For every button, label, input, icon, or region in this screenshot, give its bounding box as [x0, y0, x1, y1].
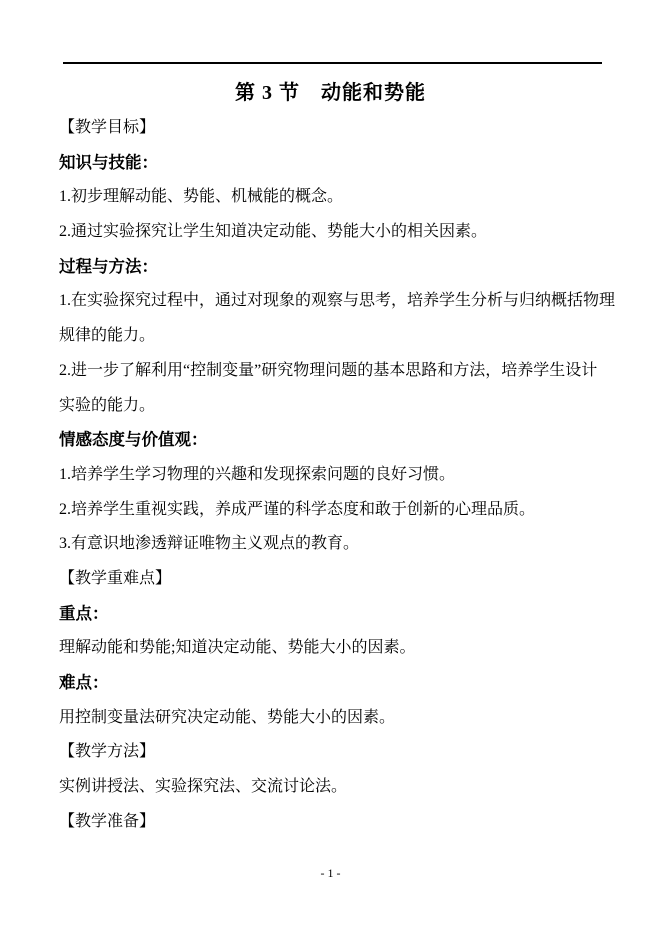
doc-line-body: 规律的能力。 [59, 319, 602, 354]
header-rule [63, 62, 602, 64]
doc-line-body: 实验的能力。 [59, 389, 602, 424]
doc-line-bracket: 【教学目标】 [59, 111, 602, 146]
doc-line-body: 2.培养学生重视实践，养成严谨的科学态度和敢于创新的心理品质。 [59, 493, 602, 528]
doc-line-heading: 知识与技能： [59, 146, 602, 181]
doc-line-heading: 重点： [59, 597, 602, 632]
doc-line-body: 2.通过实验探究让学生知道决定动能、势能大小的相关因素。 [59, 215, 602, 250]
doc-line-body: 3.有意识地渗透辩证唯物主义观点的教育。 [59, 527, 602, 562]
doc-line-body: 用控制变量法研究决定动能、势能大小的因素。 [59, 701, 602, 736]
doc-line-bracket: 【教学重难点】 [59, 562, 602, 597]
doc-line-bracket: 【教学准备】 [59, 805, 602, 840]
doc-line-body: 1.在实验探究过程中，通过对现象的观察与思考，培养学生分析与归纳概括物理 [59, 284, 602, 319]
doc-line-body: 1.培养学生学习物理的兴趣和发现探索问题的良好习惯。 [59, 458, 602, 493]
doc-line-body: 理解动能和势能;知道决定动能、势能大小的因素。 [59, 631, 602, 666]
page-title: 第 3 节 动能和势能 [0, 80, 661, 106]
doc-line-heading: 难点： [59, 666, 602, 701]
document-body: 【教学目标】知识与技能：1.初步理解动能、势能、机械能的概念。2.通过实验探究让… [59, 111, 602, 839]
doc-line-bracket: 【教学方法】 [59, 735, 602, 770]
doc-line-body: 1.初步理解动能、势能、机械能的概念。 [59, 180, 602, 215]
doc-line-body: 实例讲授法、实验探究法、交流讨论法。 [59, 770, 602, 805]
doc-line-body: 2.进一步了解利用“控制变量”研究物理问题的基本思路和方法，培养学生设计 [59, 354, 602, 389]
page-number: - 1 - [0, 865, 661, 881]
document-page: 第 3 节 动能和势能 【教学目标】知识与技能：1.初步理解动能、势能、机械能的… [0, 0, 661, 935]
doc-line-heading: 情感态度与价值观： [59, 423, 602, 458]
doc-line-heading: 过程与方法： [59, 250, 602, 285]
